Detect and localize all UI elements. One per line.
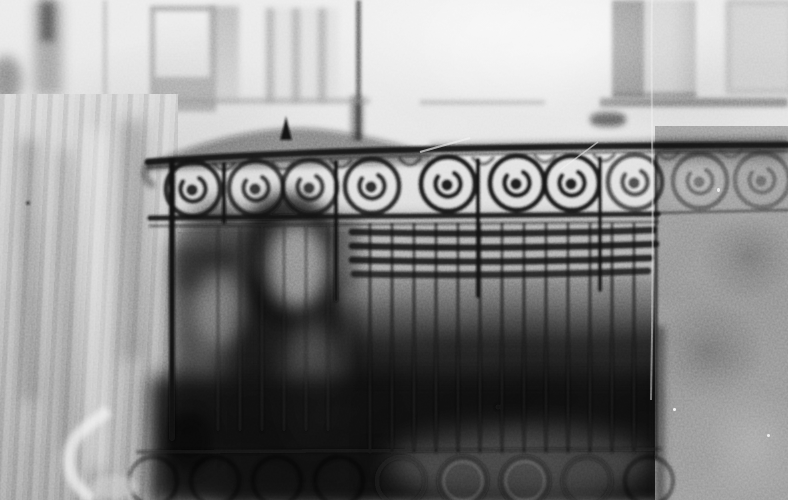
rail-finial <box>280 116 292 140</box>
scroll-motif <box>490 156 544 210</box>
scroll-motif <box>421 157 475 211</box>
scroll-motif <box>673 154 727 208</box>
scroll-motif <box>608 155 662 209</box>
horizontal-slats <box>352 230 656 275</box>
scroll-motif <box>545 156 599 210</box>
bright-blob-lower-left <box>90 475 138 499</box>
scroll-motif <box>735 153 788 207</box>
vertical-bars-left <box>218 228 328 430</box>
bottom-scrollwork <box>129 449 673 500</box>
photograph <box>0 0 788 500</box>
scroll-motif <box>345 159 399 213</box>
scroll-motif <box>283 160 337 214</box>
scroll-motif <box>229 161 283 215</box>
balcony-railing <box>0 0 788 500</box>
